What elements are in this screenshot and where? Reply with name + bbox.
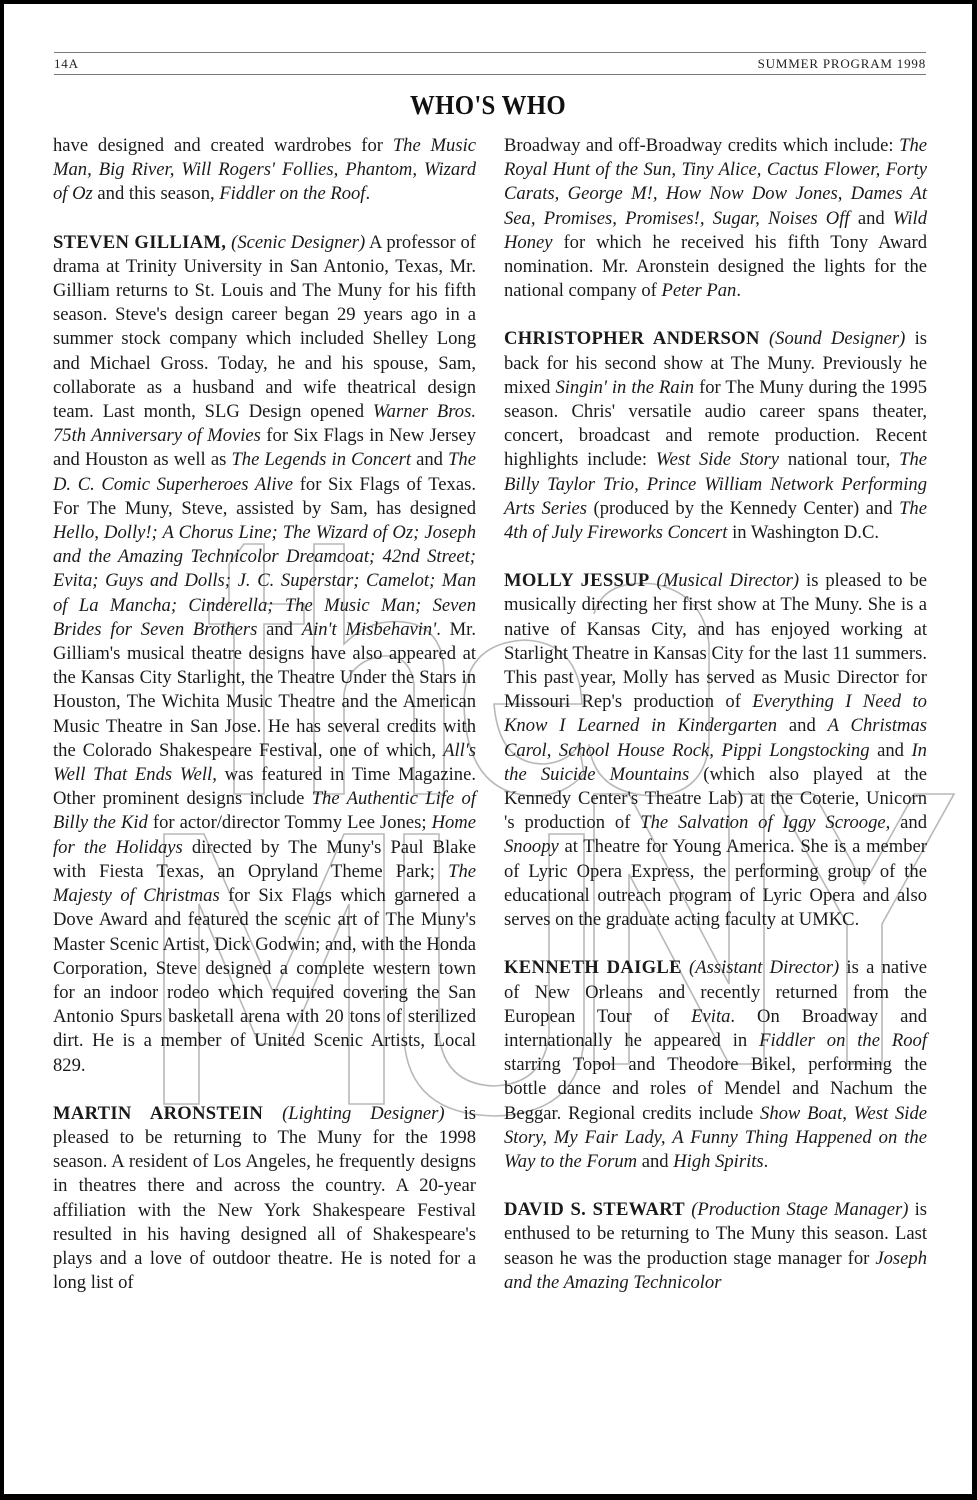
bio-name: MOLLY JESSUP (504, 570, 650, 591)
bio-david-s-stewart: DAVID S. STEWART (Production Stage Manag… (504, 1198, 927, 1295)
bio-role: (Musical Director) (657, 570, 800, 591)
right-column: Broadway and off-Broadway credits which … (504, 134, 927, 1319)
bio-name: STEVEN GILLIAM, (53, 232, 226, 253)
bio-molly-jessup: MOLLY JESSUP (Musical Director) is pleas… (504, 569, 927, 932)
bio-steven-gilliam: STEVEN GILLIAM, (Scenic Designer) A prof… (53, 231, 476, 1078)
page-number: 14A (54, 56, 79, 72)
left-column: have designed and created wardrobes for … (53, 134, 476, 1319)
bio-name: DAVID S. STEWART (504, 1199, 685, 1220)
bio-name: KENNETH DAIGLE (504, 957, 682, 978)
program-page: 14A SUMMER PROGRAM 1998 WHO'S WHO have d… (4, 4, 972, 1494)
page-title: WHO'S WHO (43, 90, 934, 121)
bio-continuation: have designed and created wardrobes for … (53, 134, 476, 207)
bio-role: (Sound Designer) (769, 328, 905, 349)
bio-martin-aronstein: MARTIN ARONSTEIN (Lighting Designer) is … (53, 1102, 476, 1296)
bio-kenneth-daigle: KENNETH DAIGLE (Assistant Director) is a… (504, 956, 927, 1174)
bio-role: (Assistant Director) (689, 957, 839, 978)
bio-name: MARTIN ARONSTEIN (53, 1103, 263, 1124)
bio-role: (Production Stage Manager) (691, 1199, 908, 1220)
bio-role: (Lighting Designer) (282, 1103, 445, 1124)
bio-name: CHRISTOPHER ANDERSON (504, 328, 760, 349)
bio-aronstein-continuation: Broadway and off-Broadway credits which … (504, 134, 927, 303)
bio-christopher-anderson: CHRISTOPHER ANDERSON (Sound Designer) is… (504, 327, 927, 545)
publication-title: SUMMER PROGRAM 1998 (758, 56, 926, 72)
running-header: 14A SUMMER PROGRAM 1998 (54, 52, 926, 75)
bio-role: (Scenic Designer) (231, 232, 365, 253)
